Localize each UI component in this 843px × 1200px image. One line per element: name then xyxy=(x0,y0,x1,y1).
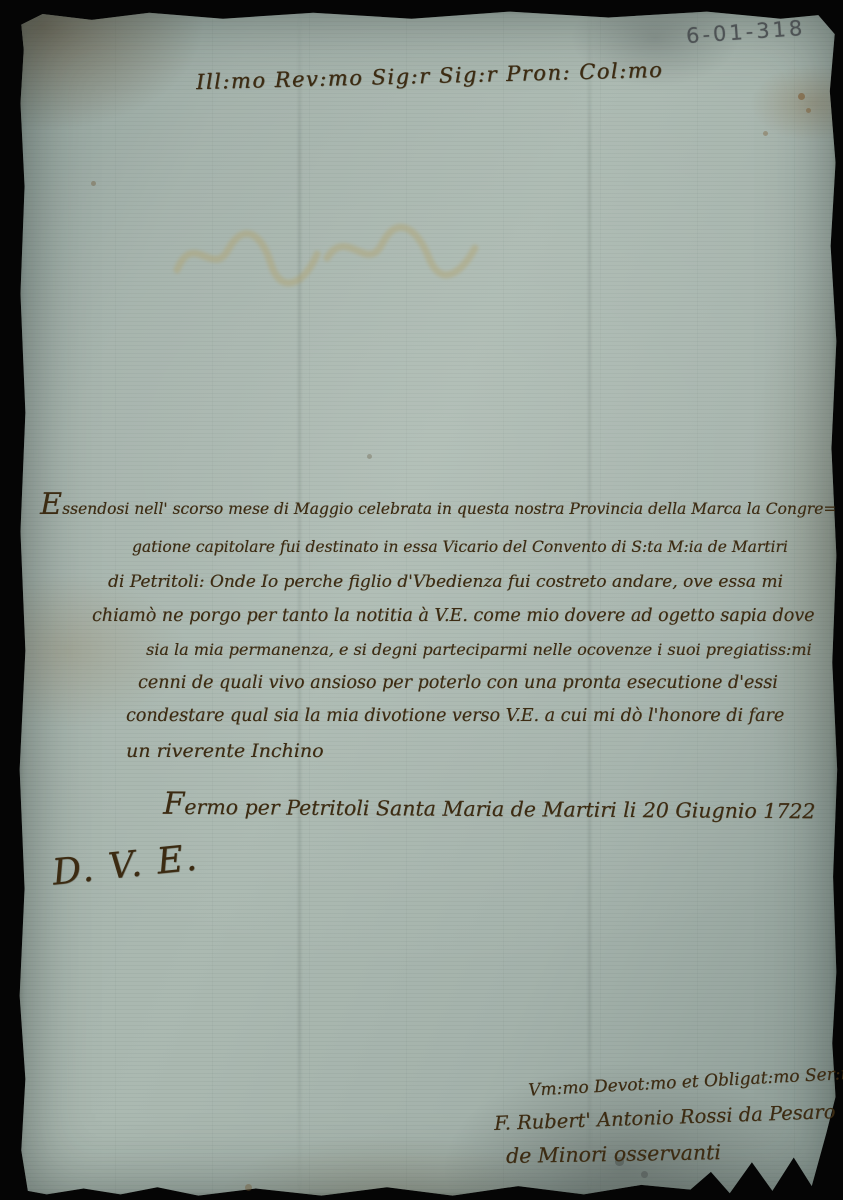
manuscript-line: chiamò ne porgo per tanto la notitia à V… xyxy=(92,606,815,626)
dateline: Fermo per Petritoli Santa Maria de Marti… xyxy=(163,786,816,827)
vertical-fold-crease xyxy=(588,8,591,1198)
manuscript-line: cenni de quali vivo ansioso per poterlo … xyxy=(138,673,778,693)
manuscript-sheet xyxy=(18,8,838,1198)
manuscript-line: gatione capitolare fui destinato in essa… xyxy=(132,538,788,556)
manuscript-line: Essendosi nell' scorso mese di Maggio ce… xyxy=(40,496,836,518)
paper-stain-speckles xyxy=(0,0,3,3)
photograph-background: 6-01-318 Ill:mo Rev:mo Sig:r Sig:r Pron:… xyxy=(0,0,843,1200)
manuscript-line: di Petritoli: Onde Io perche figlio d'Vb… xyxy=(108,572,783,592)
manuscript-line: sia la mia permanenza, e si degni partec… xyxy=(146,640,812,659)
manuscript-line: un riverente Inchino xyxy=(126,740,324,762)
signature-line: de Minori osservanti xyxy=(506,1140,721,1168)
manuscript-line: condestare qual sia la mia divotione ver… xyxy=(126,706,784,726)
bleed-through-writing xyxy=(165,212,485,297)
vertical-fold-crease xyxy=(298,8,301,1198)
